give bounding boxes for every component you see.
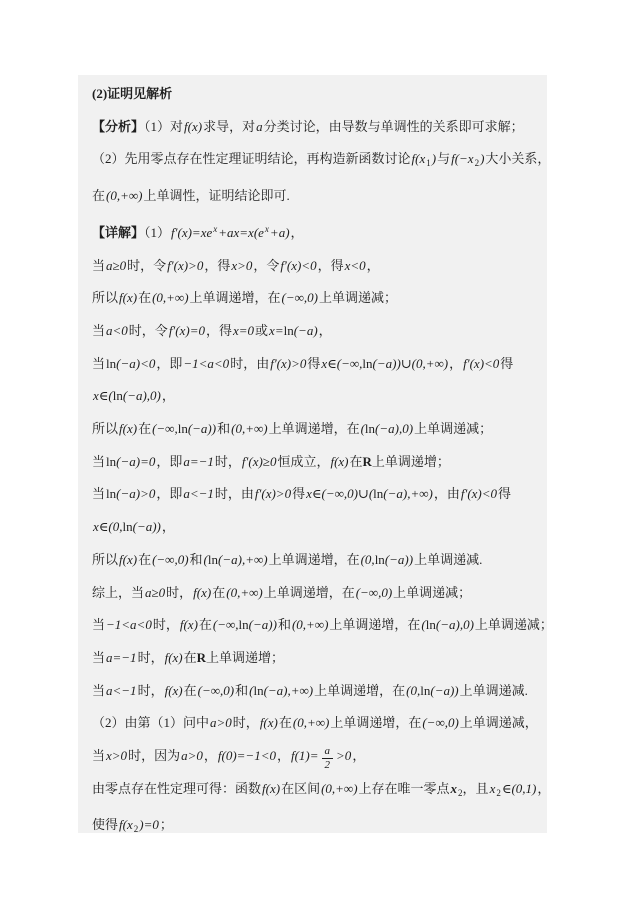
text-line: 当a<0时，令f′(x)=0，得x=0或x=ln(−a)， bbox=[92, 315, 533, 348]
text-segment: 与 bbox=[437, 151, 450, 166]
text-line: 所以f(x)在(−∞,ln(−a))和(0,+∞)上单调递增，在(ln(−a),… bbox=[92, 413, 533, 446]
math-segment: (0,+∞) bbox=[225, 585, 263, 600]
text-segment: 上单调递减； bbox=[319, 290, 397, 305]
text-segment: ，即 bbox=[156, 454, 182, 469]
text-line: 当a<−1时，f(x)在(−∞,0)和(ln(−a),+∞)上单调递增，在(0,… bbox=[92, 675, 533, 708]
text-line: （2）先用零点存在性定理证明结论，再构造新函数讨论f(x1)与f(−x2)大小关… bbox=[92, 143, 533, 180]
math-segment: (−∞,ln(−a)) bbox=[151, 421, 217, 436]
math-segment: f(x bbox=[411, 151, 427, 166]
text-segment: ，令 bbox=[253, 258, 279, 273]
text-segment: 得 bbox=[307, 356, 320, 371]
math-segment: (−∞,ln(−a)) bbox=[212, 617, 278, 632]
math-segment: (ln(−a),+∞) bbox=[248, 683, 314, 698]
text-segment: 上单调递增，在 bbox=[264, 585, 355, 600]
text-line: （2）由第（1）问中a>0时，f(x)在(0,+∞)上单调递增，在(−∞,0)上… bbox=[92, 707, 533, 740]
text-segment: 时， bbox=[138, 683, 164, 698]
math-segment: ln(−a)<0 bbox=[105, 356, 156, 371]
math-segment: a>0 bbox=[180, 748, 204, 763]
math-segment: ln bbox=[106, 486, 116, 501]
text-line: 所以f(x)在(−∞,0)和(ln(−a),+∞)上单调递增，在(0,ln(−a… bbox=[92, 544, 533, 577]
text-segment: ， bbox=[291, 225, 304, 240]
math-segment: ln bbox=[122, 519, 132, 534]
text-segment: 当 bbox=[92, 486, 105, 501]
text-segment: 在 bbox=[212, 585, 225, 600]
text-line: x∈(ln(−a),0)， bbox=[92, 380, 533, 413]
text-segment: ， bbox=[162, 519, 175, 534]
text-segment: 得 bbox=[292, 486, 305, 501]
math-segment: ln bbox=[178, 421, 188, 436]
math-segment: ln bbox=[208, 552, 218, 567]
text-segment: 上单调递减； bbox=[393, 585, 471, 600]
text-line: 【分析】（1）对f(x)求导，对a分类讨论，由导数与单调性的关系即可求解； bbox=[92, 111, 533, 144]
text-segment: 时， bbox=[215, 454, 241, 469]
math-segment: (−∞,0) bbox=[355, 585, 393, 600]
math-segment: f′(x)=0 bbox=[168, 323, 206, 338]
math-segment: x bbox=[450, 781, 459, 796]
math-segment: x>0 bbox=[230, 258, 253, 273]
text-segment: ， bbox=[277, 748, 290, 763]
text-segment: 时， bbox=[138, 650, 164, 665]
text-segment: (2)证明见解析 bbox=[92, 86, 172, 101]
math-segment: (0,ln(−a)) bbox=[405, 683, 459, 698]
text-segment: 上单调递减； bbox=[475, 617, 547, 632]
text-segment: ， bbox=[352, 748, 365, 763]
text-segment: 得 bbox=[500, 356, 513, 371]
text-segment: 和 bbox=[278, 617, 291, 632]
math-segment: f′(x)>0 bbox=[166, 258, 204, 273]
math-segment: f(x bbox=[118, 817, 134, 832]
text-segment: 上单调性，证明结论即可. bbox=[143, 188, 289, 203]
math-segment: ln bbox=[375, 552, 385, 567]
math-segment: f(x) bbox=[118, 290, 138, 305]
text-segment: 当 bbox=[92, 323, 105, 338]
text-segment: 在 bbox=[184, 650, 197, 665]
math-segment: f′(x)<0 bbox=[279, 258, 317, 273]
math-segment: f(x) bbox=[164, 683, 184, 698]
math-segment: (0,+∞) bbox=[291, 617, 329, 632]
text-segment: 时，由 bbox=[230, 356, 269, 371]
math-segment: f(x) bbox=[329, 454, 349, 469]
math-segment: ln bbox=[362, 356, 372, 371]
math-segment: x>0 bbox=[105, 748, 128, 763]
text-segment: 所以 bbox=[92, 421, 118, 436]
math-segment: x∈(−∞,0)∪(ln(−a),+∞) bbox=[305, 486, 434, 501]
text-line: 使得f(x2)=0； bbox=[92, 809, 533, 833]
math-segment: ln bbox=[420, 683, 430, 698]
math-segment: f(x) bbox=[259, 715, 279, 730]
math-segment: x∈(ln(−a),0) bbox=[92, 388, 162, 403]
fraction: a2 bbox=[320, 745, 336, 771]
text-segment: 上单调递减. bbox=[414, 552, 482, 567]
text-segment: 上单调递增，在 bbox=[269, 421, 360, 436]
math-segment: f(x) bbox=[118, 421, 138, 436]
math-segment: ln(−a)=0 bbox=[105, 454, 156, 469]
text-segment: 求导，对 bbox=[203, 119, 255, 134]
text-line: 当x>0时，因为a>0，f(0)=−1<0，f(1)=a2>0， bbox=[92, 740, 533, 773]
math-segment: a<−1 bbox=[105, 683, 138, 698]
math-segment: a<−1 bbox=[182, 486, 215, 501]
text-segment: 【详解】 bbox=[92, 225, 144, 240]
text-segment: R bbox=[197, 650, 206, 665]
text-segment: ，由 bbox=[434, 486, 460, 501]
math-segment: a=−1 bbox=[182, 454, 215, 469]
math-segment: x∈(−∞,ln(−a))∪(0,+∞) bbox=[320, 356, 449, 371]
text-segment: 在区间 bbox=[281, 781, 320, 796]
math-segment: )=0 bbox=[138, 817, 160, 832]
text-segment: 上单调递增； bbox=[206, 650, 284, 665]
text-line: 当ln(−a)>0，即a<−1时，由f′(x)>0得x∈(−∞,0)∪(ln(−… bbox=[92, 478, 533, 511]
text-segment: 上单调递增； bbox=[372, 454, 450, 469]
text-segment: 在 bbox=[92, 188, 105, 203]
math-segment: (ln(−a),+∞) bbox=[203, 552, 269, 567]
text-segment: 时， bbox=[233, 715, 259, 730]
math-segment: f′(x)>0 bbox=[254, 486, 292, 501]
text-segment: 当 bbox=[92, 617, 105, 632]
text-segment: 时，因为 bbox=[128, 748, 180, 763]
text-segment: ， bbox=[449, 356, 462, 371]
math-segment: (0,ln(−a)) bbox=[360, 552, 414, 567]
math-segment: x<0 bbox=[344, 258, 367, 273]
text-segment: ， bbox=[537, 781, 547, 796]
math-segment: f(x) bbox=[179, 617, 199, 632]
text-segment: 所以 bbox=[92, 552, 118, 567]
text-segment: 当 bbox=[92, 683, 105, 698]
text-segment: 上单调递减； bbox=[414, 421, 492, 436]
text-segment: 当 bbox=[92, 650, 105, 665]
math-segment: ∈(0,1) bbox=[501, 781, 538, 796]
text-line: 在(0,+∞)上单调性，证明结论即可. bbox=[92, 180, 533, 213]
text-segment: 在 bbox=[138, 290, 151, 305]
text-segment: 所以 bbox=[92, 290, 118, 305]
text-line: 当ln(−a)=0，即a=−1时，f′(x)≥0恒成立，f(x)在R上单调递增； bbox=[92, 446, 533, 479]
math-segment: a≥0 bbox=[105, 258, 127, 273]
text-segment: R bbox=[363, 454, 372, 469]
math-segment: (ln(−a),0) bbox=[420, 617, 474, 632]
math-segment: f(x) bbox=[192, 585, 212, 600]
math-segment: ln bbox=[365, 421, 375, 436]
math-segment: x∈(0,ln(−a)) bbox=[92, 519, 162, 534]
text-segment: （1）对 bbox=[144, 119, 183, 134]
text-segment: ， bbox=[162, 388, 175, 403]
text-line: x∈(0,ln(−a))， bbox=[92, 511, 533, 544]
text-line: 当a=−1时，f(x)在R上单调递增； bbox=[92, 642, 533, 675]
text-segment: 上存在唯一零点 bbox=[359, 781, 450, 796]
math-segment: f(0)=−1<0 bbox=[217, 748, 277, 763]
text-segment: 在 bbox=[279, 715, 292, 730]
text-segment: 上单调递增，在 bbox=[190, 290, 281, 305]
text-segment: 当 bbox=[92, 748, 105, 763]
text-segment: ，且 bbox=[463, 781, 489, 796]
math-segment: −1<a<0 bbox=[105, 617, 153, 632]
math-segment: +a) bbox=[269, 225, 291, 240]
text-segment: 时， bbox=[166, 585, 192, 600]
text-segment: ， bbox=[319, 323, 332, 338]
text-segment: 在 bbox=[184, 683, 197, 698]
text-segment: （1） bbox=[144, 225, 170, 240]
text-segment: 和 bbox=[217, 421, 230, 436]
text-segment: （2）先用零点存在性定理证明结论，再构造新函数讨论 bbox=[92, 151, 411, 166]
text-line: 当ln(−a)<0，即−1<a<0时，由f′(x)>0得x∈(−∞,ln(−a)… bbox=[92, 348, 533, 381]
text-segment: ，即 bbox=[156, 486, 182, 501]
math-segment: f′(x)=xe bbox=[170, 225, 213, 240]
text-segment: 得 bbox=[498, 486, 511, 501]
math-segment: >0 bbox=[335, 748, 352, 763]
text-segment: 时，令 bbox=[127, 258, 166, 273]
math-segment: a≥0 bbox=[144, 585, 166, 600]
math-segment: f(1)= bbox=[290, 748, 320, 763]
text-segment: 恒成立， bbox=[277, 454, 329, 469]
math-segment: ln bbox=[113, 388, 123, 403]
text-segment: 综上，当 bbox=[92, 585, 144, 600]
text-segment: ， bbox=[367, 258, 380, 273]
math-segment: (0,+∞) bbox=[230, 421, 268, 436]
math-segment: +ax=x(e bbox=[217, 225, 265, 240]
math-segment: a=−1 bbox=[105, 650, 138, 665]
text-segment: 当 bbox=[92, 258, 105, 273]
text-segment: ，得 bbox=[206, 323, 232, 338]
math-segment: (0,+∞) bbox=[292, 715, 330, 730]
text-segment: 分类讨论，由导数与单调性的关系即可求解； bbox=[264, 119, 524, 134]
text-segment: 时， bbox=[153, 617, 179, 632]
text-segment: 时，由 bbox=[215, 486, 254, 501]
text-segment: 时，令 bbox=[129, 323, 168, 338]
math-segment: ln bbox=[253, 683, 263, 698]
math-segment: ln bbox=[284, 323, 294, 338]
math-segment: (0,+∞) bbox=[105, 188, 143, 203]
text-segment: 上单调递减， bbox=[460, 715, 538, 730]
math-segment: a bbox=[255, 119, 264, 134]
text-segment: 【分析】 bbox=[92, 119, 144, 134]
text-line: 【详解】（1）f′(x)=xex+ax=x(ex+a)， bbox=[92, 213, 533, 250]
text-segment: 在 bbox=[138, 552, 151, 567]
text-segment: 上单调递增，在 bbox=[330, 715, 421, 730]
math-segment: ln bbox=[106, 356, 116, 371]
text-segment: 和 bbox=[190, 552, 203, 567]
text-segment: 在 bbox=[199, 617, 212, 632]
math-segment: x=0 bbox=[232, 323, 255, 338]
math-segment: f′(x)≥0 bbox=[241, 454, 278, 469]
solution-panel: (2)证明见解析【分析】（1）对f(x)求导，对a分类讨论，由导数与单调性的关系… bbox=[78, 75, 547, 833]
text-segment: ， bbox=[204, 748, 217, 763]
math-segment: f(−x bbox=[450, 151, 474, 166]
math-segment: ln bbox=[106, 454, 116, 469]
math-segment: f(x) bbox=[183, 119, 203, 134]
math-segment: f(x) bbox=[118, 552, 138, 567]
math-segment: a<0 bbox=[105, 323, 129, 338]
text-segment: 上单调递增，在 bbox=[314, 683, 405, 698]
text-segment: 由零点存在性定理可得：函数 bbox=[92, 781, 261, 796]
text-segment: 使得 bbox=[92, 817, 118, 832]
text-line: 由零点存在性定理可得：函数f(x)在区间(0,+∞)上存在唯一零点x2，且x2∈… bbox=[92, 773, 533, 810]
text-segment: 在 bbox=[350, 454, 363, 469]
math-segment: (ln(−a),0) bbox=[360, 421, 414, 436]
math-segment: (−∞,0) bbox=[421, 715, 459, 730]
math-segment: x=ln(−a) bbox=[268, 323, 319, 338]
text-segment: ； bbox=[160, 817, 173, 832]
text-line: 当−1<a<0时，f(x)在(−∞,ln(−a))和(0,+∞)上单调递增，在(… bbox=[92, 609, 533, 642]
math-segment: (−∞,0) bbox=[151, 552, 189, 567]
math-segment: a>0 bbox=[209, 715, 233, 730]
document-page: (2)证明见解析【分析】（1）对f(x)求导，对a分类讨论，由导数与单调性的关系… bbox=[0, 0, 640, 905]
text-line: 所以f(x)在(0,+∞)上单调递增，在(−∞,0)上单调递减； bbox=[92, 282, 533, 315]
math-segment: f′(x)<0 bbox=[460, 486, 498, 501]
math-segment: (0,+∞) bbox=[151, 290, 189, 305]
text-segment: 在 bbox=[138, 421, 151, 436]
math-segment: ln bbox=[373, 486, 383, 501]
text-segment: ，即 bbox=[156, 356, 182, 371]
math-segment: f(x) bbox=[261, 781, 281, 796]
math-segment: ln bbox=[239, 617, 249, 632]
math-segment: f′(x)<0 bbox=[462, 356, 500, 371]
text-segment: ，得 bbox=[204, 258, 230, 273]
text-line: 当a≥0时，令f′(x)>0，得x>0，令f′(x)<0，得x<0， bbox=[92, 250, 533, 283]
math-segment: ln bbox=[426, 617, 436, 632]
text-segment: 大小关系，利用 bbox=[485, 151, 547, 166]
text-segment: 或 bbox=[255, 323, 268, 338]
math-segment: −1<a<0 bbox=[182, 356, 230, 371]
text-segment: 上单调递减. bbox=[460, 683, 528, 698]
math-segment: (−∞,0) bbox=[281, 290, 319, 305]
text-segment: 当 bbox=[92, 454, 105, 469]
math-segment: (−∞,0) bbox=[197, 683, 235, 698]
text-segment: ，得 bbox=[318, 258, 344, 273]
text-line: (2)证明见解析 bbox=[92, 78, 533, 111]
text-segment: 当 bbox=[92, 356, 105, 371]
text-segment: 和 bbox=[235, 683, 248, 698]
math-segment: f(x) bbox=[164, 650, 184, 665]
math-segment: f′(x)>0 bbox=[269, 356, 307, 371]
text-line: 综上，当a≥0时，f(x)在(0,+∞)上单调递增，在(−∞,0)上单调递减； bbox=[92, 577, 533, 610]
math-segment: (0,+∞) bbox=[320, 781, 358, 796]
text-segment: 上单调递增，在 bbox=[329, 617, 420, 632]
text-segment: 上单调递增，在 bbox=[269, 552, 360, 567]
math-segment: ln(−a)>0 bbox=[105, 486, 156, 501]
text-segment: （2）由第（1）问中 bbox=[92, 715, 209, 730]
